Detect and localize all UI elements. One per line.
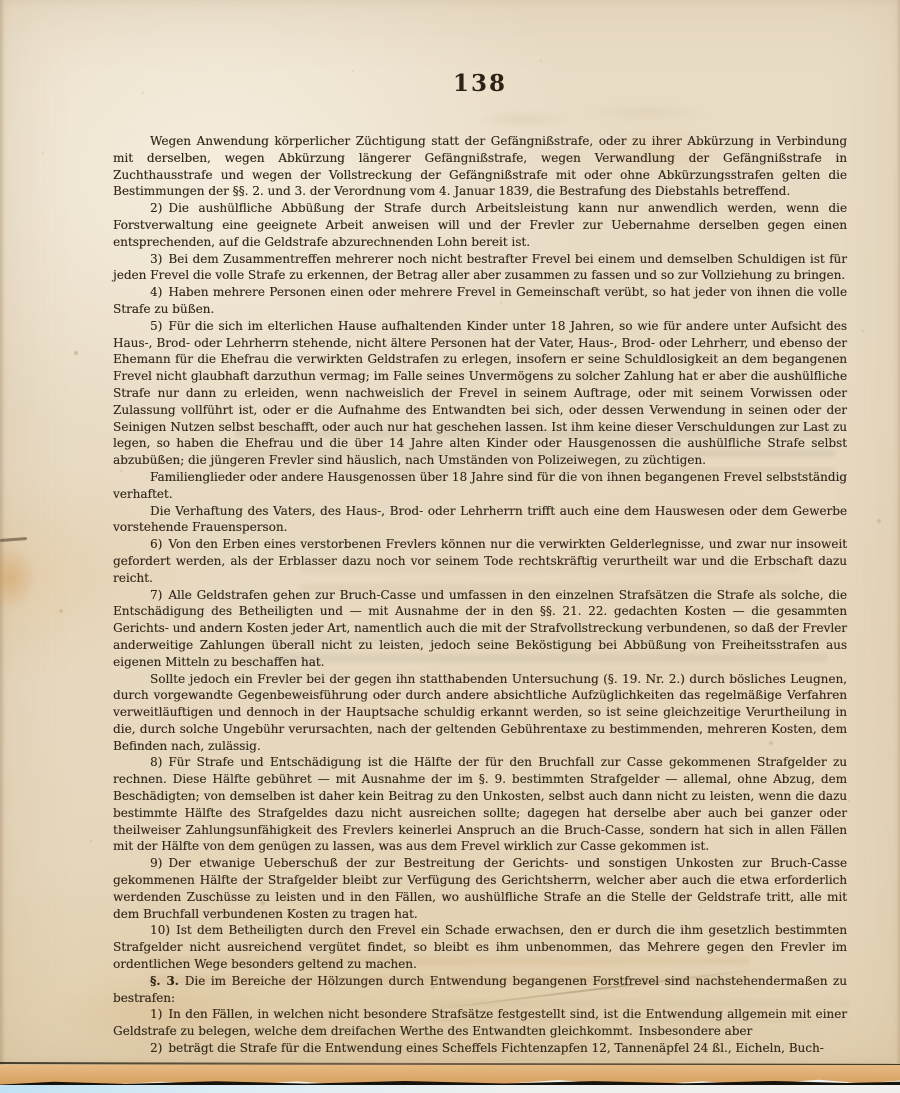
paragraph-text: 2) Die aushülfliche Abbüßung der Strafe … xyxy=(113,201,847,249)
paragraph: 4) Haben mehrere Personen einen oder meh… xyxy=(113,284,847,318)
text-block: Wegen Anwendung körperlicher Züchtigung … xyxy=(113,133,847,1057)
paragraph-text: 1) In den Fällen, in welchen nicht beson… xyxy=(113,1007,847,1038)
paragraph: Familienglieder oder andere Hausgenossen… xyxy=(113,469,847,503)
paragraph-text: 5) Für die sich im elterlichen Hause auf… xyxy=(113,319,847,467)
paragraph-text: Familienglieder oder andere Hausgenossen… xyxy=(113,470,847,501)
paragraph-text: 10) Ist dem Betheiligten durch den Freve… xyxy=(113,923,847,971)
scanner-background xyxy=(0,1085,900,1093)
paragraph-text: 6) Von den Erben eines verstorbenen Frev… xyxy=(113,537,847,585)
stain-left-edge xyxy=(0,546,36,610)
paragraph: 1) In den Fällen, in welchen nicht beson… xyxy=(113,1006,847,1040)
paragraph: Sollte jedoch ein Frevler bei der gegen … xyxy=(113,671,847,755)
section-number: §. 3. xyxy=(150,974,185,988)
page-number: 138 xyxy=(113,70,847,97)
paragraph-text: Die Verhaftung des Vaters, des Haus-, Br… xyxy=(113,504,847,535)
paragraph: 7) Alle Geldstrafen gehen zur Bruch-Cass… xyxy=(113,587,847,671)
paragraph-text: 4) Haben mehrere Personen einen oder meh… xyxy=(113,285,847,316)
paragraph-text: Sollte jedoch ein Frevler bei der gegen … xyxy=(113,672,847,753)
scanned-document-page: 138 Wegen Anwendung körperlicher Züchtig… xyxy=(0,0,900,1093)
paragraph: 3) Bei dem Zusammentreffen mehrerer noch… xyxy=(113,251,847,285)
paragraph-text: Wegen Anwendung körperlicher Züchtigung … xyxy=(113,134,847,198)
paragraph-text: 8) Für Strafe und Entschädigung ist die … xyxy=(113,755,847,853)
foxing-specks xyxy=(0,0,2,2)
paragraph: Wegen Anwendung körperlicher Züchtigung … xyxy=(113,133,847,200)
paragraph-text: 7) Alle Geldstrafen gehen zur Bruch-Cass… xyxy=(113,588,847,669)
paragraph: Die Verhaftung des Vaters, des Haus-, Br… xyxy=(113,503,847,537)
paragraph: 8) Für Strafe und Entschädigung ist die … xyxy=(113,754,847,855)
paper-sheet: 138 Wegen Anwendung körperlicher Züchtig… xyxy=(0,0,900,1065)
paragraph-text: Die im Bereiche der Hölzungen durch Entw… xyxy=(113,974,847,1005)
paragraph: 2) beträgt die Strafe für die Entwendung… xyxy=(113,1040,847,1057)
paragraph: 10) Ist dem Betheiligten durch den Freve… xyxy=(113,922,847,972)
paragraph: 5) Für die sich im elterlichen Hause auf… xyxy=(113,318,847,469)
paragraph-text: 2) beträgt die Strafe für die Entwendung… xyxy=(150,1041,824,1055)
paragraph-text: 9) Der etwanige Ueberschuß der zur Bestr… xyxy=(113,856,847,920)
paragraph-text: 3) Bei dem Zusammentreffen mehrerer noch… xyxy=(113,252,847,283)
paragraph: 9) Der etwanige Ueberschuß der zur Bestr… xyxy=(113,855,847,922)
paragraph: §. 3. Die im Bereiche der Hölzungen durc… xyxy=(113,973,847,1007)
paragraph: 6) Von den Erben eines verstorbenen Frev… xyxy=(113,536,847,586)
edge-tear xyxy=(0,537,27,542)
paragraph: 2) Die aushülfliche Abbüßung der Strafe … xyxy=(113,200,847,250)
bleed-through-ornament xyxy=(428,96,768,138)
